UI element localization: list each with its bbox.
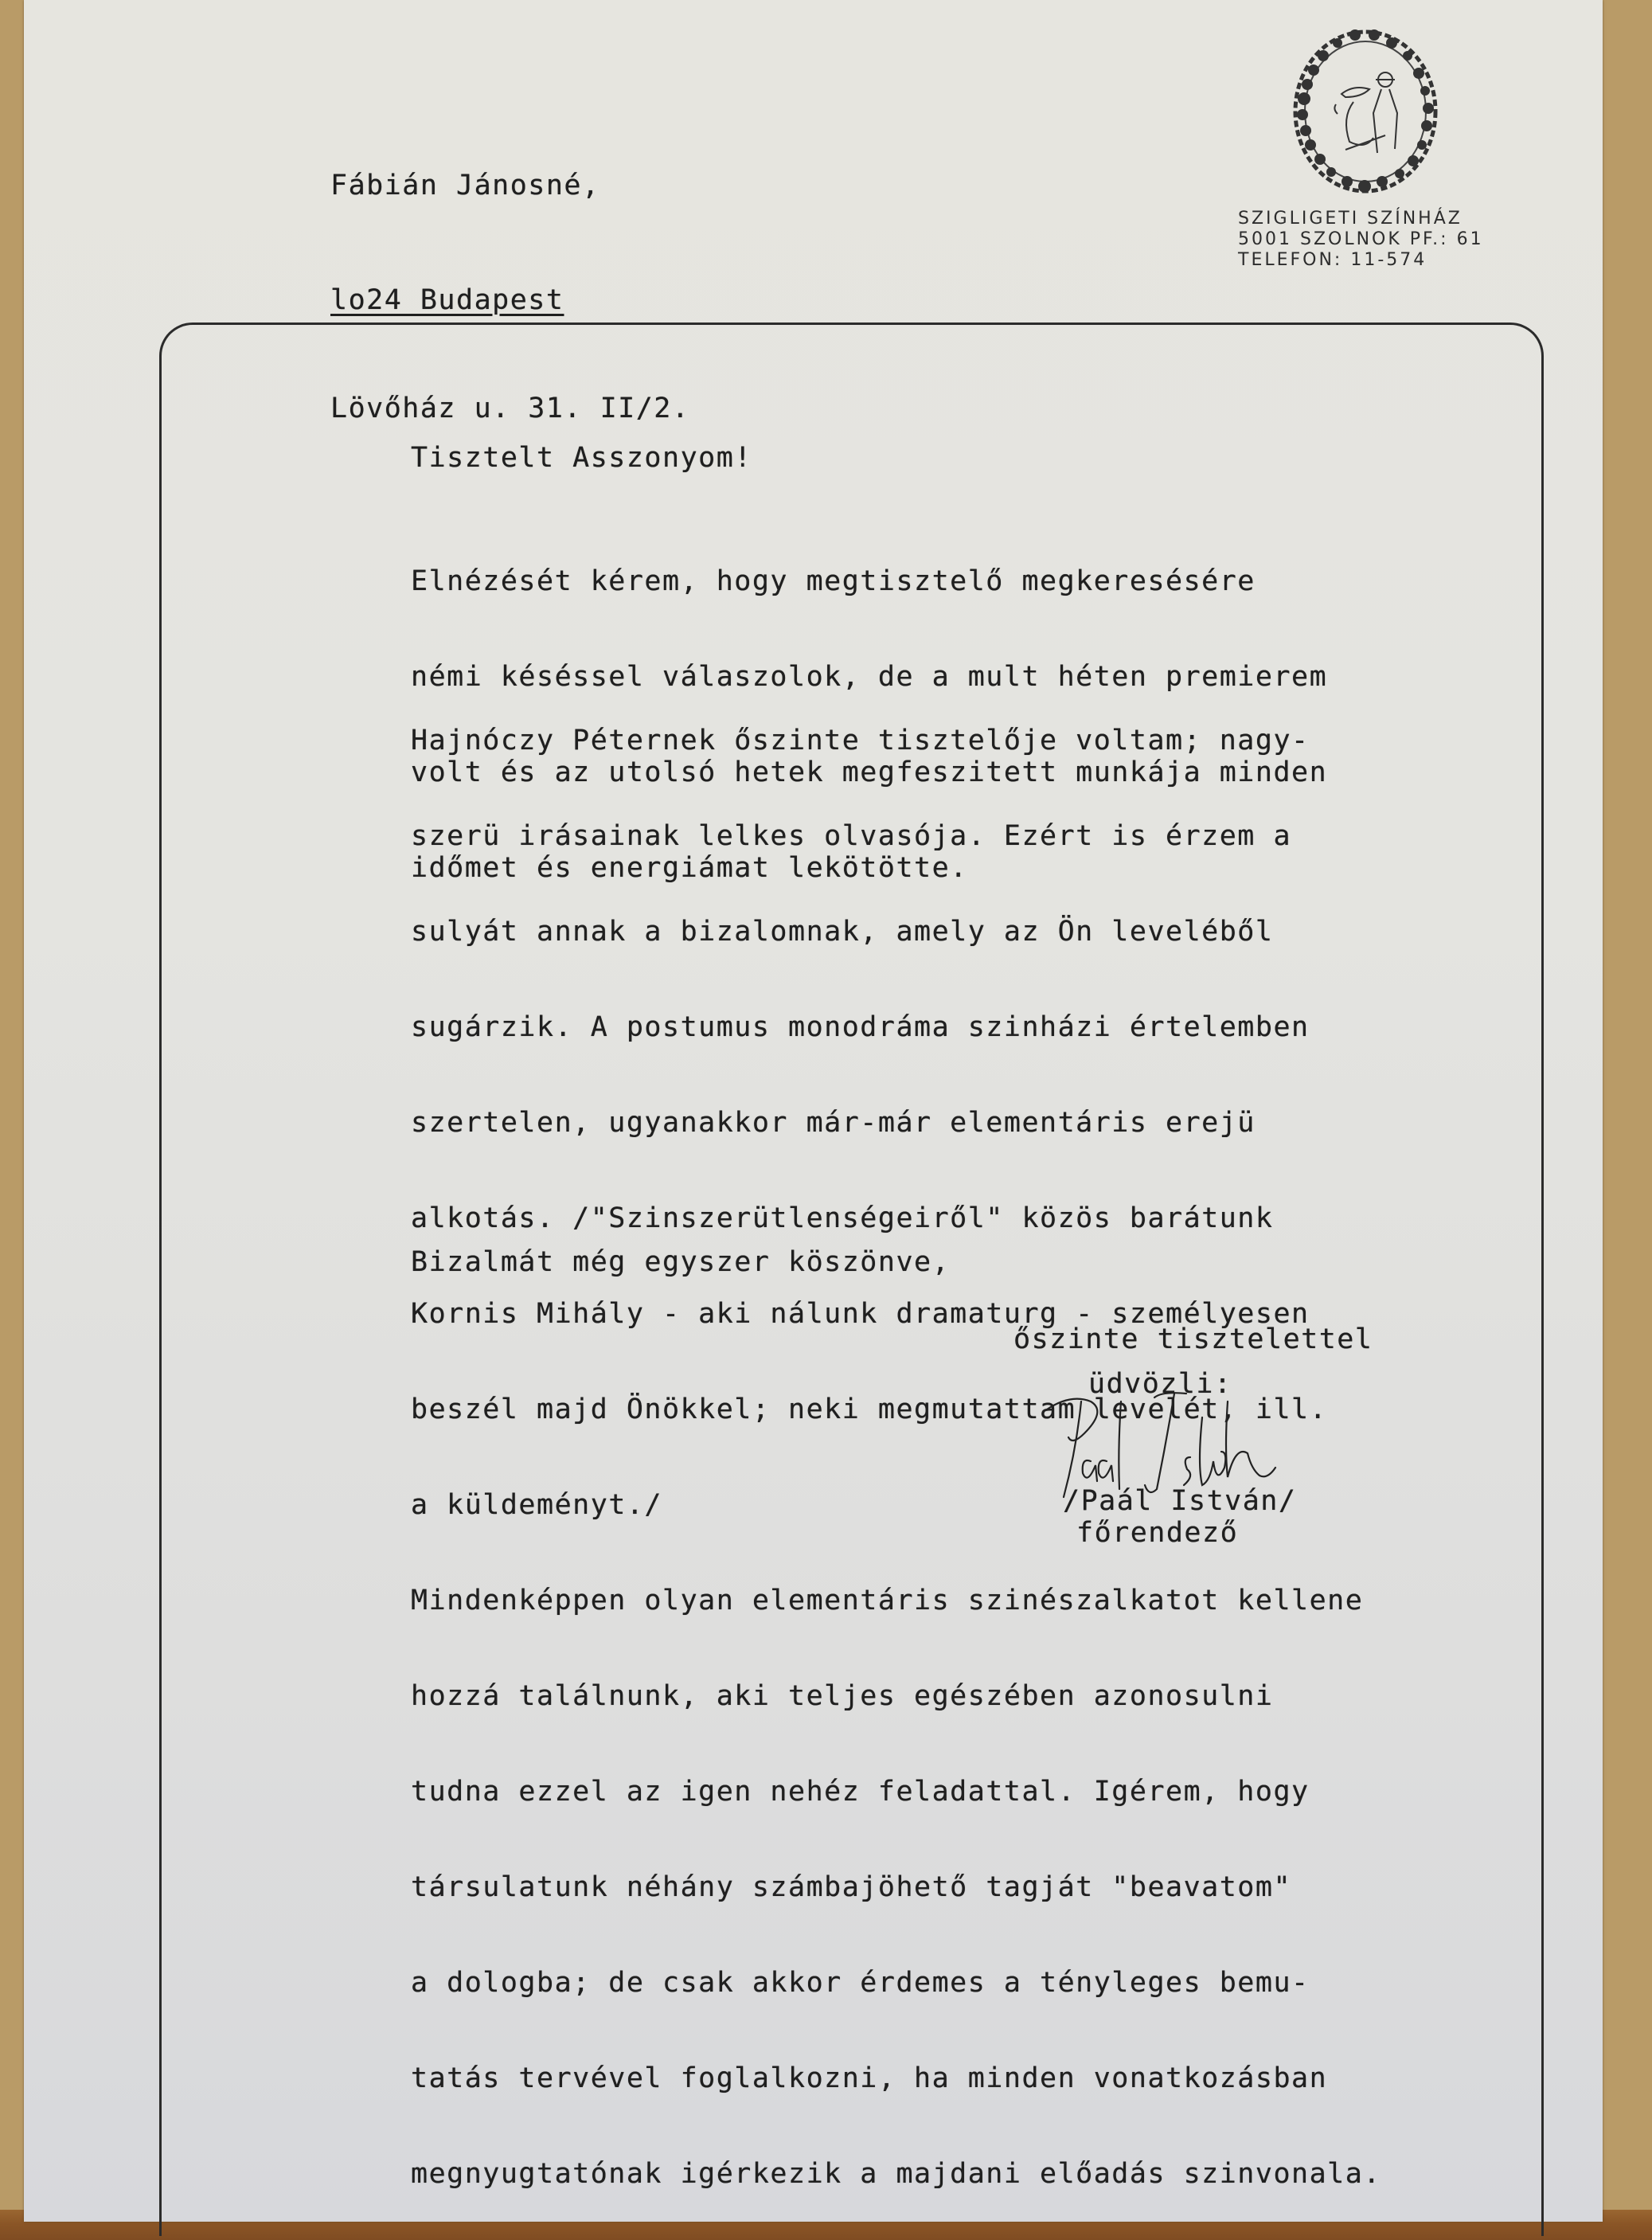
recipient-name: Fábián Jánosné, [330, 163, 689, 208]
paragraph-line: a dologba; de csak akkor érdemes a tényl… [411, 1967, 1381, 1999]
paragraph-line: társulatunk néhány számbajöhető tagját "… [411, 1871, 1381, 1903]
paragraph-line: tatás tervével foglalkozni, ha minden vo… [411, 2062, 1381, 2094]
letterhead-theatre-name: SZIGLIGETI SZÍNHÁZ [1238, 209, 1484, 229]
theatre-emblem-icon [1282, 22, 1449, 201]
paragraph-line: Hajnóczy Péternek őszinte tisztelője vol… [411, 725, 1381, 756]
letterhead-phone: TELEFON: 11-574 [1238, 250, 1484, 271]
closing-line: Bizalmát még egyszer köszönve, [411, 1246, 950, 1278]
paragraph-line: sugárzik. A postumus monodráma szinházi … [411, 1011, 1381, 1043]
paragraph-line: szerü irásainak lelkes olvasója. Ezért i… [411, 820, 1381, 852]
recipient-address: Fábián Jánosné, lo24 Budapest Lövőház u.… [330, 100, 689, 463]
paragraph-line: Mindenképpen olyan elementáris szinészal… [411, 1585, 1381, 1616]
sign-off-line-1: őszinte tisztelettel [1013, 1323, 1373, 1355]
paragraph-line: tudna ezzel az igen nehéz feladattal. Ig… [411, 1776, 1381, 1808]
recipient-street: Lövőház u. 31. II/2. [330, 386, 689, 431]
paragraph-line: alkotás. /"Szinszerütlenségeiről" közös … [411, 1202, 1381, 1234]
paragraph-line: sulyát annak a bizalomnak, amely az Ön l… [411, 916, 1381, 948]
signatory-title: főrendező [1076, 1517, 1238, 1549]
letterhead-postal-address: 5001 SZOLNOK PF.: 61 [1238, 229, 1484, 250]
paragraph-line: Elnézését kérem, hogy megtisztelő megker… [411, 565, 1327, 597]
signatory-name: /Paál István/ [1063, 1485, 1296, 1517]
paragraph-line: megnyugtatónak igérkezik a majdani előad… [411, 2158, 1381, 2190]
recipient-city: lo24 Budapest [330, 278, 689, 323]
paragraph-line: szertelen, ugyanakkor már-már elementári… [411, 1107, 1381, 1139]
paragraph-line: hozzá találnunk, aki teljes egészében az… [411, 1680, 1381, 1712]
salutation: Tisztelt Asszonyom! [411, 442, 752, 474]
letterhead: SZIGLIGETI SZÍNHÁZ 5001 SZOLNOK PF.: 61 … [1238, 209, 1484, 271]
